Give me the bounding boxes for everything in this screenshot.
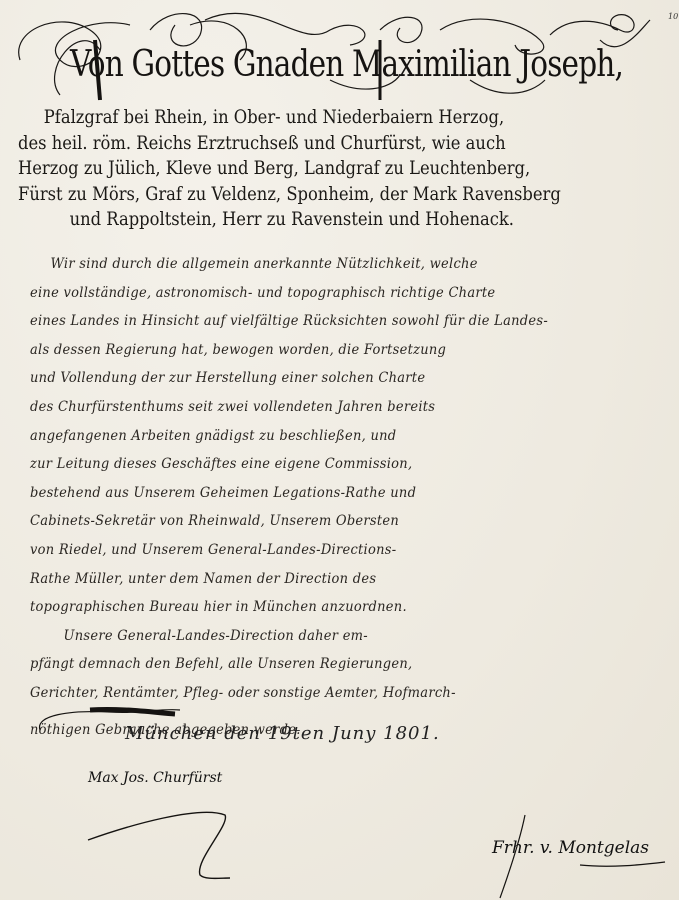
document-page: 10 Von Gottes Gnaden Maximilian Joseph, … — [0, 0, 679, 900]
page-number: 10 — [668, 12, 678, 21]
body-line: Rathe Müller, unter dem Namen der Direct… — [30, 565, 616, 594]
body-line: angefangenen Arbeiten gnädigst zu beschl… — [30, 422, 616, 451]
body-line: Unsere General-Landes-Direction daher em… — [30, 622, 616, 651]
signature-flourish-icon — [80, 790, 240, 885]
decree-body: Wir sind durch die allgemein anerkannte … — [30, 250, 660, 744]
ruler-titles: Pfalzgraf bei Rhein, in Ober- und Nieder… — [18, 105, 668, 233]
body-line: als dessen Regierung hat, bewogen worden… — [30, 336, 616, 365]
signature-underline-icon — [470, 810, 670, 900]
body-line: und Vollendung der zur Herstellung einer… — [30, 364, 616, 393]
body-line: pfängt demnach den Befehl, alle Unseren … — [30, 650, 616, 679]
title-line: des heil. röm. Reichs Erztruchseß und Ch… — [18, 131, 577, 157]
signature-elector: Max Jos. Churfürst — [88, 770, 222, 786]
document-heading: Von Gottes Gnaden Maximilian Joseph, — [70, 44, 529, 85]
body-line: topographischen Bureau hier in München a… — [30, 593, 616, 622]
body-line: Cabinets-Sekretär von Rheinwald, Unserem… — [30, 507, 616, 536]
body-line: Wir sind durch die allgemein anerkannte … — [30, 250, 616, 279]
title-line: Pfalzgraf bei Rhein, in Ober- und Nieder… — [18, 105, 577, 131]
body-line: bestehend aus Unserem Geheimen Legations… — [30, 479, 616, 508]
place-date-line: München den 19ten Juny 1801. — [125, 723, 440, 744]
title-line: und Rappoltstein, Herr zu Ravenstein und… — [18, 207, 577, 233]
body-line: eine vollständige, astronomisch- und top… — [30, 279, 616, 308]
title-line: Fürst zu Mörs, Graf zu Veldenz, Sponheim… — [18, 182, 577, 208]
body-line: eines Landes in Hinsicht auf vielfältige… — [30, 307, 616, 336]
body-line: von Riedel, und Unserem General-Landes-D… — [30, 536, 616, 565]
title-line: Herzog zu Jülich, Kleve und Berg, Landgr… — [18, 156, 577, 182]
body-line: zur Leitung dieses Geschäftes eine eigen… — [30, 450, 616, 479]
body-line: des Churfürstenthums seit zwei vollendet… — [30, 393, 616, 422]
